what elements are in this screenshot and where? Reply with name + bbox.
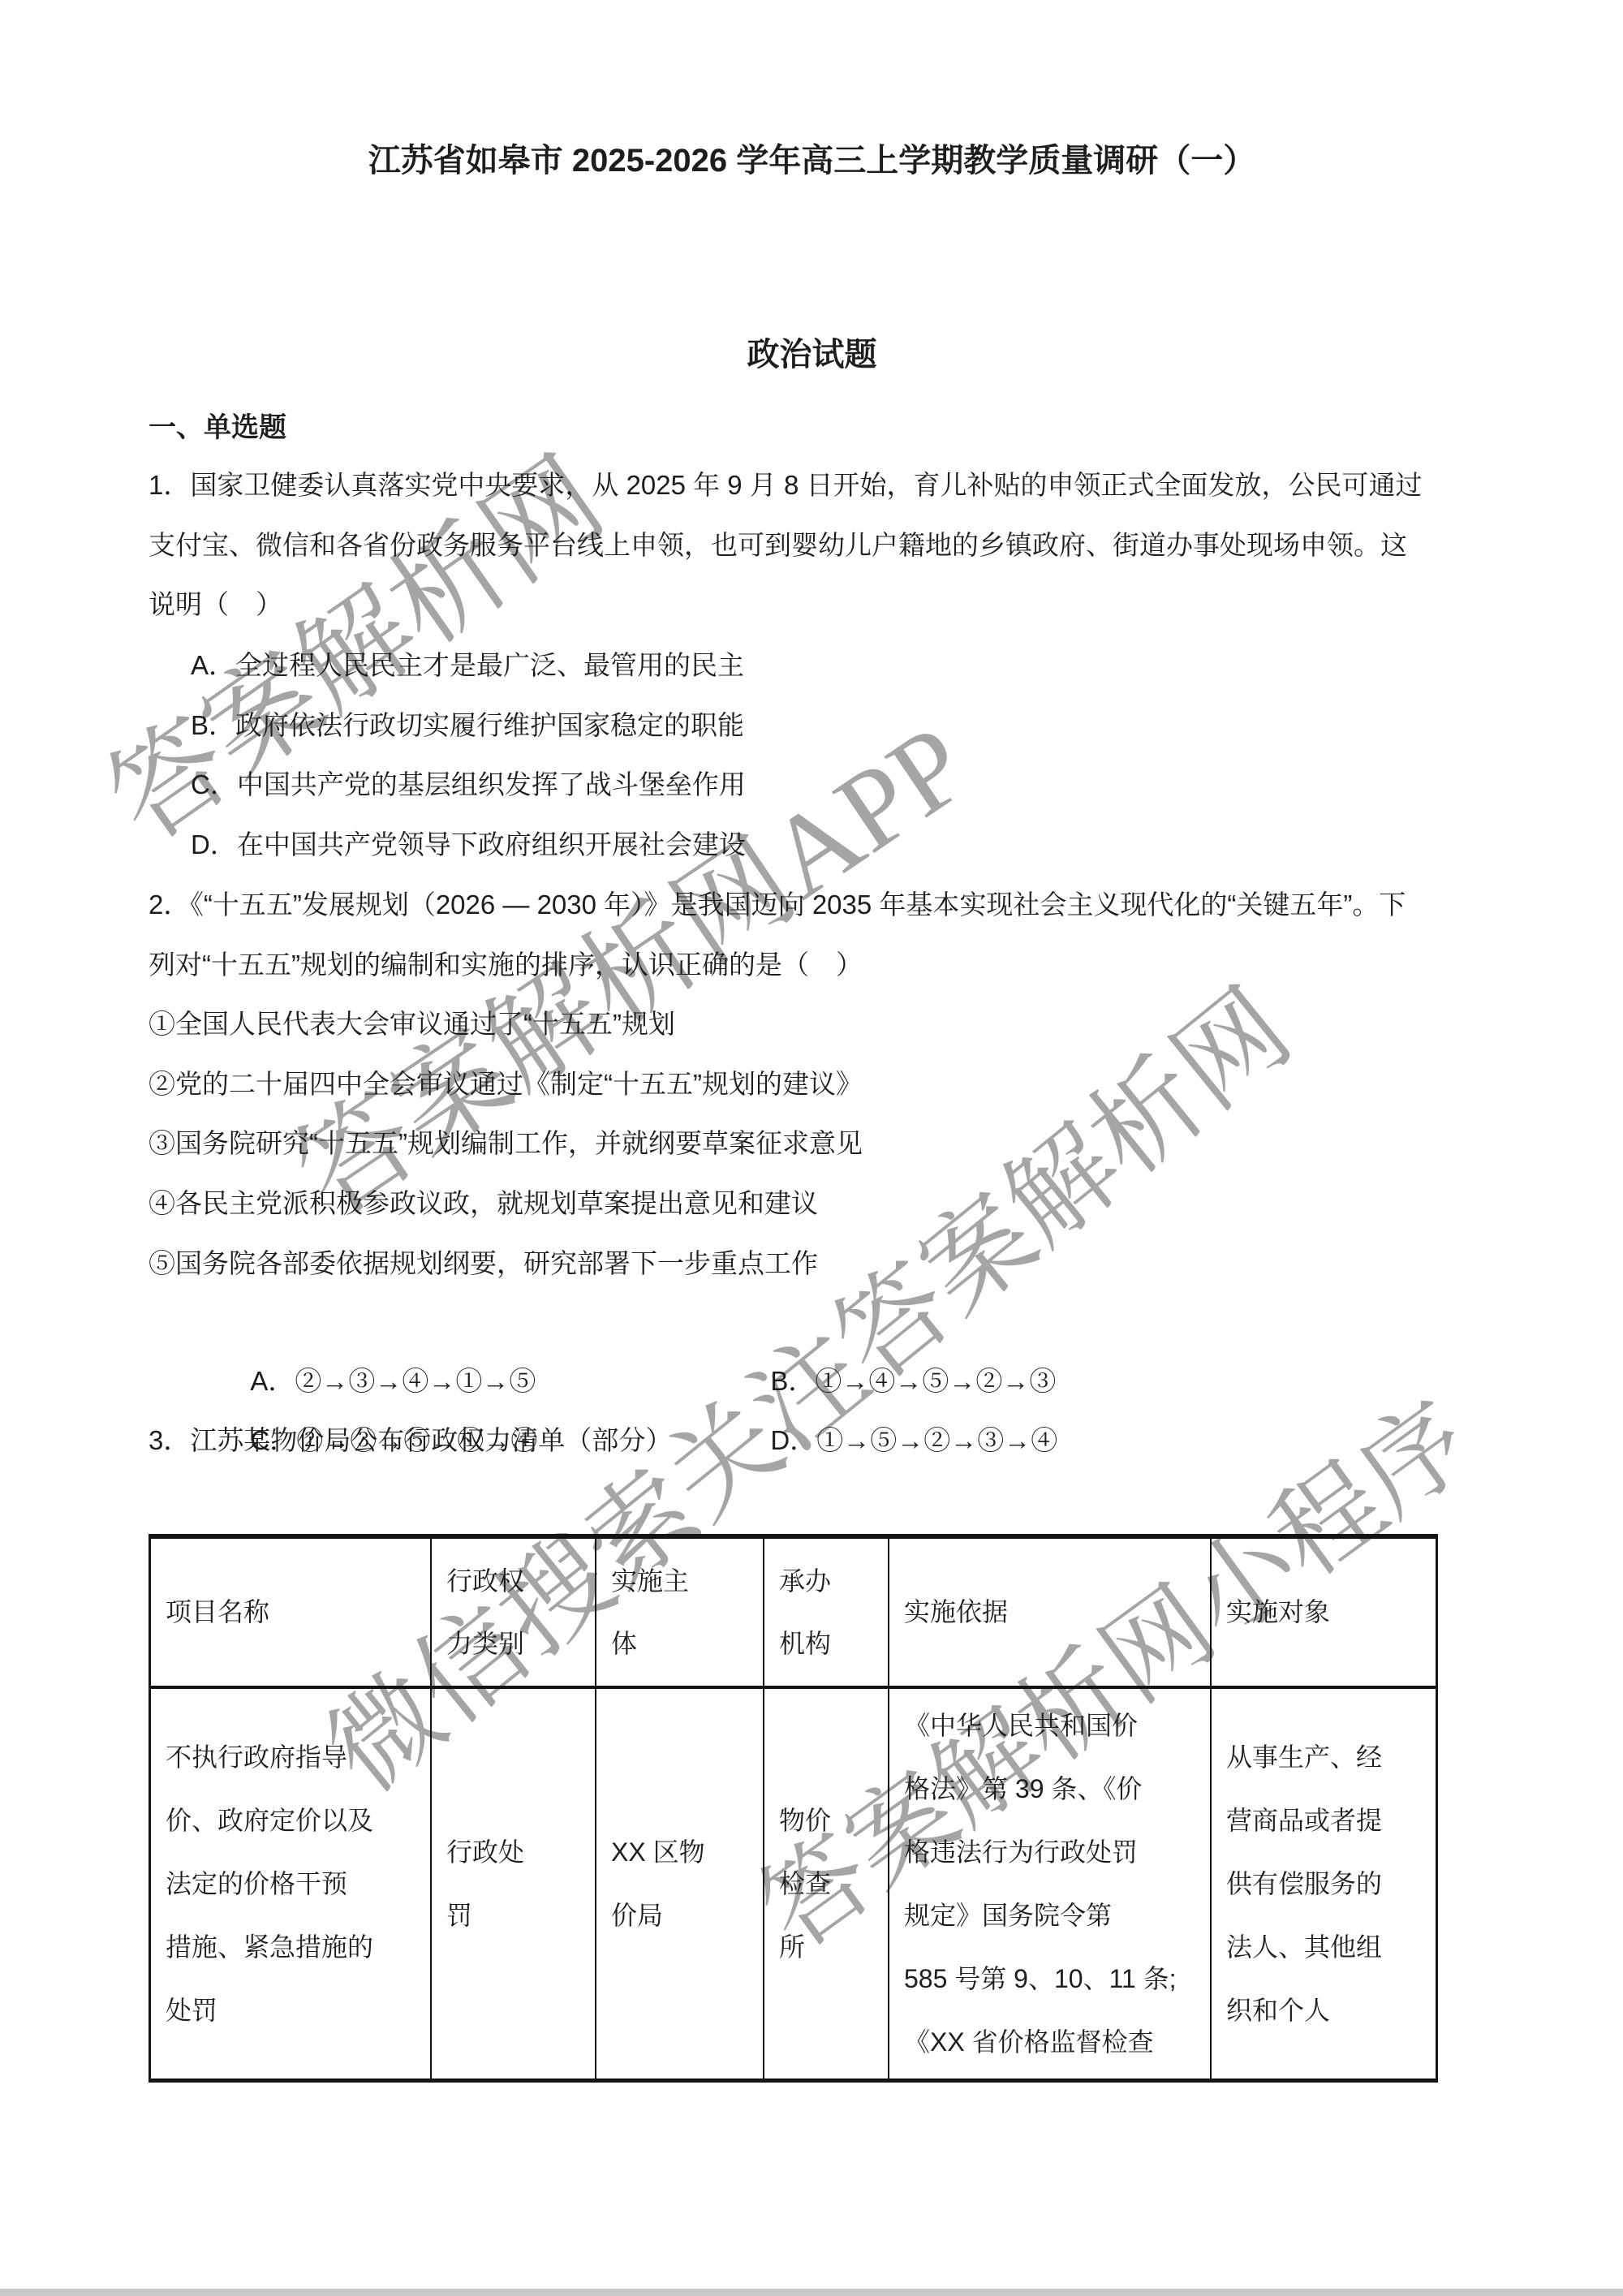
option-row: A．②→③→④→①→⑤B．①→④→⑤→②→③ xyxy=(191,1291,1475,1351)
option-item: D．在中国共产党领导下政府组织开展社会建设 xyxy=(191,815,1475,875)
col-header-handler: 承办机构 xyxy=(764,1536,889,1687)
cell-text-line: 机构 xyxy=(779,1613,878,1675)
section-heading: 一、单选题 xyxy=(149,398,1475,457)
cell-text-line: 585 号第 9、10、11 条; xyxy=(904,1947,1200,2010)
table-header-row: 项目名称 行政权力类别 实施主体 承办机构 实施依据 实施对象 xyxy=(150,1536,1437,1687)
cell-text-line: 实施主 xyxy=(611,1550,753,1613)
cell-text-line: 承办 xyxy=(779,1550,878,1613)
cell-text-line: 供有偿服务的 xyxy=(1226,1852,1426,1915)
option-item: C．中国共产党的基层组织发挥了战斗堡垒作用 xyxy=(191,755,1475,815)
col-header-project: 项目名称 xyxy=(150,1536,432,1687)
question-line: 支付宝、微信和各省份政务服务平台线上申领，也可到婴幼儿户籍地的乡镇政府、街道办事… xyxy=(149,515,1475,575)
admin-power-table: 项目名称 行政权力类别 实施主体 承办机构 实施依据 实施对象 不执行政府指导价… xyxy=(149,1534,1438,2083)
cell-project: 不执行政府指导价、政府定价以及法定的价格干预措施、紧急措施的处罚 xyxy=(150,1687,432,2081)
col-header-basis: 实施依据 xyxy=(889,1536,1211,1687)
question-3-text: 3．江苏某物价局公布行政权力清单（部分） xyxy=(149,1411,1475,1471)
cell-text-line: 织和个人 xyxy=(1226,1979,1426,2042)
col-header-power-type: 行政权力类别 xyxy=(431,1536,596,1687)
option-item: B．政府依法行政切实履行维护国家稳定的职能 xyxy=(191,696,1475,756)
cell-text-line: 罚 xyxy=(446,1884,585,1947)
cell-text-line: 处罚 xyxy=(166,1979,420,2042)
cell-text-line: 行政权 xyxy=(446,1550,585,1613)
cell-power-type: 行政处罚 xyxy=(431,1687,596,2081)
question-2-options: A．②→③→④→①→⑤B．①→④→⑤→②→③ C．②→③→⑤→①→④D．①→⑤→… xyxy=(149,1291,1475,1411)
cell-text-line: 力类别 xyxy=(446,1613,585,1675)
numbered-item: ③国务院研究“十五五”规划编制工作，并就纲要草案征求意见 xyxy=(149,1114,1475,1174)
cell-text-line: 实施对象 xyxy=(1226,1581,1426,1643)
cell-target: 从事生产、经营商品或者提供有偿服务的法人、其他组织和个人 xyxy=(1211,1687,1437,2081)
question-line: 1．国家卫健委认真落实党中央要求，从 2025 年 9 月 8 日开始，育儿补贴… xyxy=(149,455,1475,515)
cell-text-line: 价局 xyxy=(611,1884,753,1947)
question-1-options: A．全过程人民民主才是最广泛、最管用的民主 B．政府依法行政切实履行维护国家稳定… xyxy=(149,635,1475,875)
question-2-numbered-items: ①全国人民代表大会审议通过了“十五五”规划 ②党的二十届四中全会审议通过《制定“… xyxy=(149,994,1475,1293)
question-line: 3．江苏某物价局公布行政权力清单（部分） xyxy=(149,1411,1475,1471)
cell-text-line: 实施依据 xyxy=(904,1581,1200,1643)
col-header-implementer: 实施主体 xyxy=(596,1536,764,1687)
numbered-item: ①全国人民代表大会审议通过了“十五五”规划 xyxy=(149,994,1475,1054)
cell-text-line: XX 区物 xyxy=(611,1820,753,1884)
option-item: A．全过程人民民主才是最广泛、最管用的民主 xyxy=(191,635,1475,696)
numbered-item: ④各民主党派积极参政议政，就规划草案提出意见和建议 xyxy=(149,1174,1475,1234)
question-2-text: 2．《“十五五”发展规划（2026 — 2030 年）》是我国迈向 2035 年… xyxy=(149,875,1475,994)
question-line: 2．《“十五五”发展规划（2026 — 2030 年）》是我国迈向 2035 年… xyxy=(149,875,1475,935)
cell-text-line: 价、政府定价以及 xyxy=(166,1789,420,1852)
exam-paper-page: 答案解析网 答案解析网APP 微信搜索关注答案解析网 答案解析网小程序 江苏省如… xyxy=(0,0,1623,2296)
cell-text-line: 法定的价格干预 xyxy=(166,1852,420,1915)
cell-text-line: 法人、其他组 xyxy=(1226,1915,1426,1979)
cell-implementer: XX 区物价局 xyxy=(596,1687,764,2081)
cell-text-line: 物价 xyxy=(779,1789,878,1852)
cell-text-line: 不执行政府指导 xyxy=(166,1725,420,1789)
cell-text-line: 格法》第 39 条、《价 xyxy=(904,1757,1200,1820)
page-subtitle: 政治试题 xyxy=(149,323,1475,386)
table-body: 不执行政府指导价、政府定价以及法定的价格干预措施、紧急措施的处罚 行政处罚 XX… xyxy=(150,1687,1437,2081)
page-title: 江苏省如皋市 2025-2026 学年高三上学期教学质量调研（一） xyxy=(149,128,1475,193)
cell-text-line: 规定》国务院令第 xyxy=(904,1884,1200,1947)
cell-text-line: 措施、紧急措施的 xyxy=(166,1915,420,1979)
cell-text-line: 格违法行为行政处罚 xyxy=(904,1820,1200,1884)
cell-text-line: 检查 xyxy=(779,1852,878,1915)
table-row: 不执行政府指导价、政府定价以及法定的价格干预措施、紧急措施的处罚 行政处罚 XX… xyxy=(150,1687,1437,2081)
page-bottom-bar xyxy=(0,2289,1623,2296)
cell-text-line: 《中华人民共和国价 xyxy=(904,1694,1200,1757)
cell-text-line: 所 xyxy=(779,1915,878,1979)
question-1-text: 1．国家卫健委认真落实党中央要求，从 2025 年 9 月 8 日开始，育儿补贴… xyxy=(149,455,1475,635)
cell-text-line: 营商品或者提 xyxy=(1226,1789,1426,1852)
cell-basis: 《中华人民共和国价格法》第 39 条、《价格违法行为行政处罚规定》国务院令第58… xyxy=(889,1687,1211,2081)
question-line: 列对“十五五”规划的编制和实施的排序，认识正确的是（ ） xyxy=(149,935,1475,995)
numbered-item: ②党的二十届四中全会审议通过《制定“十五五”规划的建议》 xyxy=(149,1054,1475,1114)
cell-text-line: 从事生产、经 xyxy=(1226,1725,1426,1789)
cell-handler: 物价检查所 xyxy=(764,1687,889,2081)
question-line: 说明（ ） xyxy=(149,575,1475,635)
option-item: B．①→④→⑤→②→③ xyxy=(770,1366,1056,1396)
cell-text-line: 项目名称 xyxy=(166,1581,420,1643)
table-header: 项目名称 行政权力类别 实施主体 承办机构 实施依据 实施对象 xyxy=(150,1536,1437,1687)
cell-text-line: 行政处 xyxy=(446,1820,585,1884)
numbered-item: ⑤国务院各部委依据规划纲要，研究部署下一步重点工作 xyxy=(149,1234,1475,1294)
option-item: A．②→③→④→①→⑤ xyxy=(250,1351,770,1411)
col-header-target: 实施对象 xyxy=(1211,1536,1437,1687)
cell-text-line: 体 xyxy=(611,1613,753,1675)
cell-text-line: 《XX 省价格监督检查 xyxy=(904,2010,1200,2074)
